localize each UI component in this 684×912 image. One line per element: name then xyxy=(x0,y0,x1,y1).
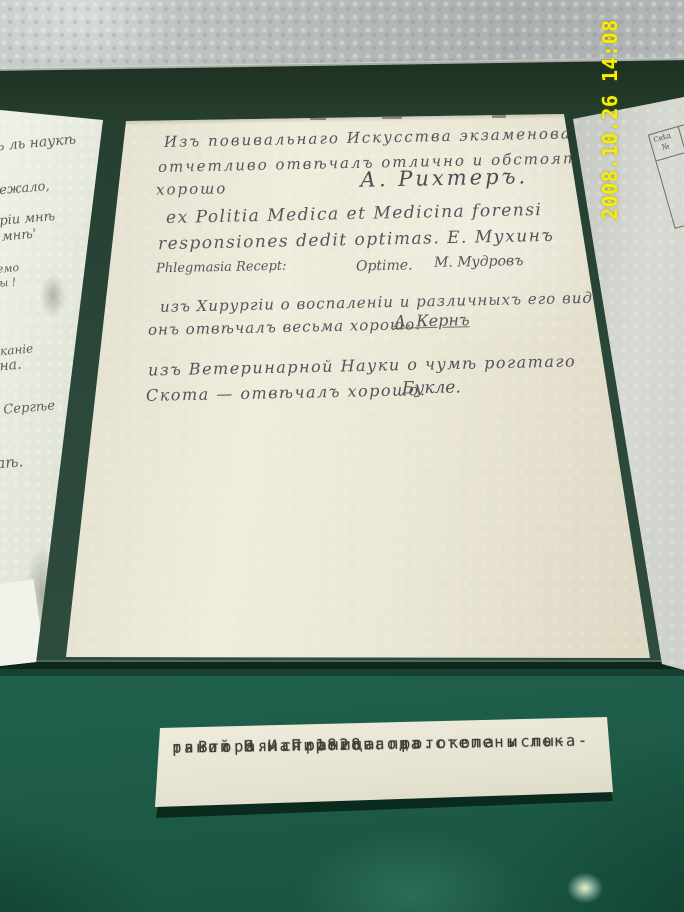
handwriting-signature: Букле. xyxy=(402,377,461,398)
handwriting-line: Optime. xyxy=(356,257,413,274)
ink-smudge xyxy=(40,274,66,318)
camera-timestamp-text: 2008.10.26 14:08 xyxy=(598,19,622,220)
museum-display-photo: Гіль ль наукѣ ...надлежало, ...охоріи мн… xyxy=(0,0,684,912)
plaque-line: ря от 8 мая 1828 года. xyxy=(172,733,435,759)
table-column-line xyxy=(678,127,684,220)
handwriting-fragment: ...надлежало, xyxy=(0,179,50,202)
handwriting-line: ex Politia Medica et Medicina forensi xyxy=(166,200,543,228)
plaque-text: Вторая страница протокола испы- таний Н.… xyxy=(172,730,602,738)
handwriting-line: изъ Хирургіи о воспаленіи и различныхъ е… xyxy=(160,288,624,316)
handwriting-line: онъ отвѣчалъ весьма хорошо. xyxy=(148,315,421,339)
handwriting-line: Скота — отвѣчалъ хорошо. xyxy=(146,380,427,405)
handwriting-signature: А. Кернъ xyxy=(394,310,470,331)
handwriting-line: хорошо xyxy=(156,179,228,198)
table-row-line xyxy=(656,148,684,161)
handwriting-line: изъ Ветеринарной Науки о чумѣ рогатаго xyxy=(148,352,576,380)
handwriting-line: responsiones dedit optimas. Е. Мухинъ xyxy=(158,226,555,254)
handwriting-fragment: ...дъ Сергѣе xyxy=(0,398,56,420)
document-table: Свѣд № xyxy=(648,122,684,229)
handwriting-line: Изъ повивальнаго Искусства экзаменовался… xyxy=(164,123,631,151)
handwriting-fragment: ...аѣ. xyxy=(0,452,24,474)
table-number-sign: № xyxy=(661,141,671,152)
handwriting-line: Phlegmasia Recept: xyxy=(156,259,287,277)
handwriting-signature: М. Мудровъ xyxy=(434,253,524,271)
handwriting-fragment: ...се и мнѣ' xyxy=(0,227,37,249)
handwriting-signature: А. Рихтеръ. xyxy=(360,164,529,192)
handwriting-fragment: Гіль ль наукѣ xyxy=(0,132,77,157)
main-document-protocol-page: Изъ повивальнаго Искусства экзаменовался… xyxy=(60,110,660,662)
handwriting-fragment: ...и дабы ! xyxy=(0,275,17,293)
handwriting-fragment: Она. xyxy=(0,357,22,376)
